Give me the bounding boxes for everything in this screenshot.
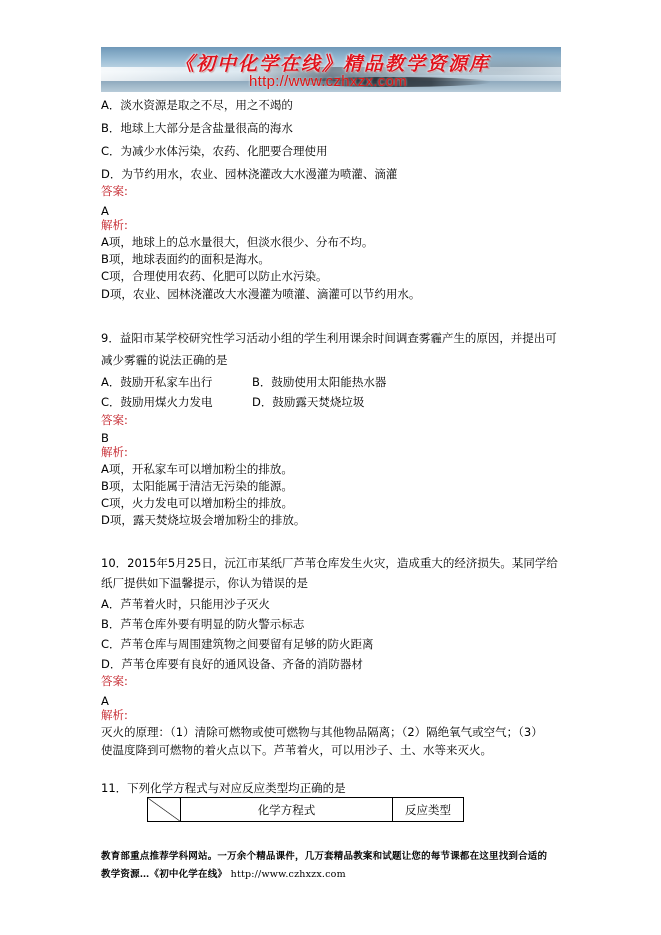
q9-options-row1: A．鼓励开私家车出行B．鼓励使用太阳能热水器 — [101, 374, 386, 390]
q8-analysis-d: D项，农业、园林浇灌改大水漫灌为喷灌、滴灌可以节约用水。 — [101, 286, 420, 302]
q9-analysis-label: 解析: — [101, 444, 128, 460]
q9-analysis-d: D项，露天焚烧垃圾会增加粉尘的排放。 — [101, 512, 305, 528]
banner-title: 《初中化学在线》精品教学资源库 — [175, 49, 495, 76]
q9-option-c: C．鼓励用煤火力发电 — [101, 394, 252, 410]
q8-option-a: A．淡水资源是取之不尽，用之不竭的 — [101, 97, 293, 113]
q10-analysis-label: 解析: — [101, 707, 128, 723]
q10-option-b: B．芦苇仓库外要有明显的防火警示标志 — [101, 616, 304, 632]
table-diagonal-cell — [148, 798, 181, 822]
q11-stem: 11．下列化学方程式与对应反应类型均正确的是 — [101, 780, 346, 796]
q8-analysis-b: B项，地球表面约的面积是海水。 — [101, 251, 270, 267]
q9-analysis-a: A项，开私家车可以增加粉尘的排放。 — [101, 461, 293, 477]
footer-prefix: 教学资源…《初中化学在线》 — [101, 869, 227, 880]
q9-answer-label: 答案: — [101, 412, 128, 428]
q10-stem-line2: 纸厂提供如下温馨提示，你认为错误的是 — [101, 575, 308, 591]
q10-option-c: C．芦苇仓库与周围建筑物之间要留有足够的防火距离 — [101, 636, 374, 652]
q11-table: 化学方程式 反应类型 — [147, 797, 464, 822]
q10-option-a: A．芦苇着火时，只能用沙子灭火 — [101, 596, 270, 612]
q10-option-d: D．芦苇仓库要有良好的通风设备、齐备的消防器材 — [101, 656, 363, 672]
table-header-row: 化学方程式 反应类型 — [148, 798, 464, 822]
q9-option-b: B．鼓励使用太阳能热水器 — [252, 374, 386, 390]
table-header-reaction-type: 反应类型 — [393, 798, 464, 822]
q8-option-c: C．为减少水体污染，农药、化肥要合理使用 — [101, 143, 328, 159]
q8-option-b: B．地球上大部分是含盐量很高的海水 — [101, 120, 293, 136]
q9-analysis-b: B项，太阳能属于清洁无污染的能源。 — [101, 478, 293, 494]
footer-line1: 教育部重点推荐学科网站。一万余个精品课件，几万套精品教案和试题让您的每节课都在这… — [101, 849, 547, 865]
q8-analysis-label: 解析: — [101, 217, 128, 233]
q8-option-d: D．为节约用水，农业、园林浇灌改大水漫灌为喷灌、滴灌 — [101, 166, 397, 182]
q9-analysis-c: C项，火力发电可以增加粉尘的排放。 — [101, 495, 293, 511]
q10-analysis-line2: 使温度降到可燃物的着火点以下。芦苇着火，可以用沙子、土、水等来灭火。 — [101, 742, 492, 758]
document-page: 《初中化学在线》精品教学资源库 http://www.czhxzx.com A．… — [0, 0, 661, 935]
q8-analysis-a: A项，地球上的总水量很大，但淡水很少、分布不均。 — [101, 234, 373, 250]
banner-url: http://www.czhxzx.com — [249, 73, 407, 90]
q10-analysis-line1: 灭火的原理：（1）清除可燃物或使可燃物与其他物品隔离；（2）隔绝氧气或空气；（3… — [101, 724, 543, 740]
footer-line2: 教学资源…《初中化学在线》 http://www.czhxzx.com — [101, 867, 346, 883]
footer-url-link[interactable]: http://www.czhxzx.com — [231, 869, 346, 880]
q9-option-d: D．鼓励露天焚烧垃圾 — [252, 394, 364, 410]
q9-options-row2: C．鼓励用煤火力发电D．鼓励露天焚烧垃圾 — [101, 394, 364, 410]
q9-option-a: A．鼓励开私家车出行 — [101, 374, 252, 390]
header-banner: 《初中化学在线》精品教学资源库 http://www.czhxzx.com — [101, 47, 561, 92]
q10-answer-label: 答案: — [101, 673, 128, 689]
q8-analysis-c: C项，合理使用农药、化肥可以防止水污染。 — [101, 268, 328, 284]
q9-stem-line1: 9．益阳市某学校研究性学习活动小组的学生利用课余时间调查雾霾产生的原因，并提出可 — [101, 330, 557, 346]
table-header-equation: 化学方程式 — [181, 798, 393, 822]
q10-stem-line1: 10．2015年5月25日，沅江市某纸厂芦苇仓库发生火灾，造成重大的经济损失。某… — [101, 555, 558, 571]
q9-stem-line2: 减少雾霾的说法正确的是 — [101, 352, 228, 368]
q8-answer-label: 答案: — [101, 183, 128, 199]
